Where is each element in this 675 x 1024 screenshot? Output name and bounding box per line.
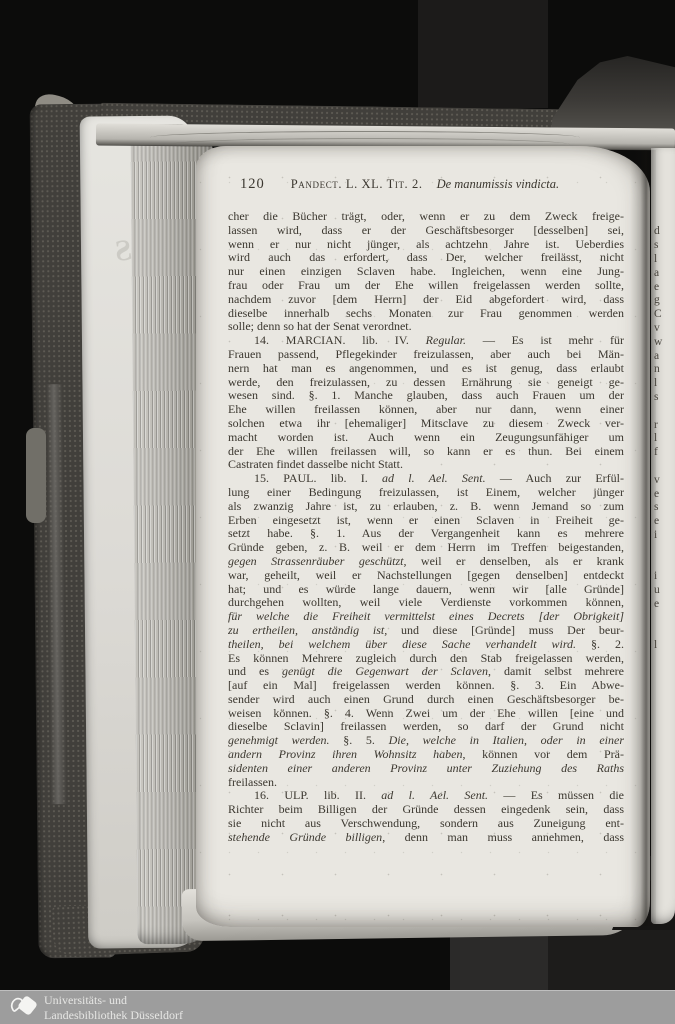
- text-line: für welche die Freiheit vermittelst eine…: [228, 610, 624, 624]
- text-line: sie nicht aus Verschwendung, sondern aus…: [228, 817, 624, 831]
- text-line: theilen, bei welchem über diese Sache ve…: [228, 638, 624, 652]
- text-line: nur einen einzigen Sclaven habe. Ingleic…: [228, 265, 624, 279]
- page-number: 120: [240, 176, 265, 193]
- text-line: Erben eingesetzt ist, wenn er einen Scla…: [228, 514, 624, 528]
- scanned-book-photo: S dslaegCvwanlsrlfveseiiuel 120 Pandect.…: [0, 0, 675, 1024]
- text-line: wird auch das erfordert, dass Der, welch…: [228, 251, 624, 265]
- gutter-fold-shadow: [630, 150, 656, 926]
- text-line: Castraten findet dasselbe nicht Statt.: [228, 458, 624, 472]
- text-line: wesen sind. §. 1. Manche glauben, dass a…: [228, 389, 624, 403]
- text-line: zu ertheilen, anständig ist, und diese […: [228, 624, 624, 638]
- text-line: werde, den freizulassen, zu dessen Ernäh…: [228, 376, 624, 390]
- text-line: Frauen passend, Pflegekinder freizulasse…: [228, 348, 624, 362]
- running-head-title: Pandect. L. XL. Tit. 2.: [291, 177, 423, 192]
- text-line: solchen etwa ihr [ehemaliger] Mitsclave …: [228, 417, 624, 431]
- text-line: hat; und es würde lange dauern, wenn wir…: [228, 583, 624, 597]
- running-head-subtitle: De manumissis vindicta.: [437, 177, 560, 192]
- running-head: 120 Pandect. L. XL. Tit. 2. De manumissi…: [240, 176, 624, 193]
- text-line: war, geheilt, weil er Nachstellungen [ge…: [228, 569, 624, 583]
- text-line: sidenten einer anderen Provinz unter Zuz…: [228, 762, 624, 776]
- text-line: stehende Gründe billigen, denn man muss …: [228, 831, 624, 845]
- library-name: Universitäts- und Landesbibliothek Düsse…: [44, 993, 183, 1023]
- text-line: dieselbe innerhalb sechs Monaten zur Fra…: [228, 307, 624, 321]
- text-line: setzt habe. §. 1. Aus der Vergangenheit …: [228, 527, 624, 541]
- book-page: 120 Pandect. L. XL. Tit. 2. De manumissi…: [196, 146, 650, 927]
- text-line: wenn er nur nicht jünger, als achtzehn J…: [228, 238, 624, 252]
- library-name-line1: Universitäts- und: [44, 993, 183, 1008]
- text-line: nern hat man es angenommen, und es ist g…: [228, 362, 624, 376]
- text-line: cher die Bücher trägt, oder, wenn er zu …: [228, 210, 624, 224]
- text-line: solle; denn so hat der Senat verordnet.: [228, 320, 624, 334]
- text-line: 14. MARCIAN. lib. IV. Regular. — Es ist …: [228, 334, 624, 348]
- background-shadow: [418, 0, 548, 108]
- text-line: Richter beim Billigen der Gründe dessen …: [228, 803, 624, 817]
- text-line: macht worden ist. Auch wenn ein Zeugungs…: [228, 431, 624, 445]
- text-line: lassen wird, dass er der Geschäftsbesorg…: [228, 224, 624, 238]
- text-line: der Ehe willen freilassen will, so kann …: [228, 445, 624, 459]
- book-cover-top-right-corner: [550, 56, 675, 136]
- library-logo-icon: [7, 994, 39, 1022]
- library-watermark-band: Universitäts- und Landesbibliothek Düsse…: [0, 990, 675, 1024]
- cover-worn-spot: [26, 428, 46, 523]
- text-line: Es können Mehrere zugleich durch den Sta…: [228, 652, 624, 666]
- text-line: und es genügt die Gegenwart der Sclaven,…: [228, 665, 624, 679]
- text-line: freilassen.: [228, 776, 624, 790]
- text-line: Ehe willen freilassen können, aber nur d…: [228, 403, 624, 417]
- text-line: sender wird auch einen Grund durch einen…: [228, 693, 624, 707]
- text-line: andern Provinz ihren Wohnsitz haben, kön…: [228, 748, 624, 762]
- text-line: frau oder Frau um der Ehe willen freigel…: [228, 279, 624, 293]
- text-line: gegen Strassenräuber geschützt, weil er …: [228, 555, 624, 569]
- text-line: 16. ULP. lib. II. ad l. Ael. Sent. — Es …: [228, 789, 624, 803]
- text-line: genehmigt werden. §. 5. Die, welche in I…: [228, 734, 624, 748]
- library-name-line2: Landesbibliothek Düsseldorf: [44, 1008, 183, 1023]
- text-line: Gründe geben, z. B. weil er dem Herrn im…: [228, 541, 624, 555]
- page-body-text: cher die Bücher trägt, oder, wenn er zu …: [228, 210, 624, 845]
- text-line: als zwanzig Jahre ist, zu erlauben, z. B…: [228, 500, 624, 514]
- text-line: [auf ein Mal] freigelassen werden können…: [228, 679, 624, 693]
- text-line: weisen können. §. 4. Wenn Zwei um der Eh…: [228, 707, 624, 721]
- text-line: dieselbe Sclavin] freilassen werden, so …: [228, 720, 624, 734]
- text-line: 15. PAUL. lib. I. ad l. Ael. Sent. — Auc…: [228, 472, 624, 486]
- text-line: nachdem zuvor [dem Herrn] der Eid abgefo…: [228, 293, 624, 307]
- text-line: durchgehen wollten, weil viele Verdienst…: [228, 596, 624, 610]
- text-line: lung einer Bedingung freizulassen, ist E…: [228, 486, 624, 500]
